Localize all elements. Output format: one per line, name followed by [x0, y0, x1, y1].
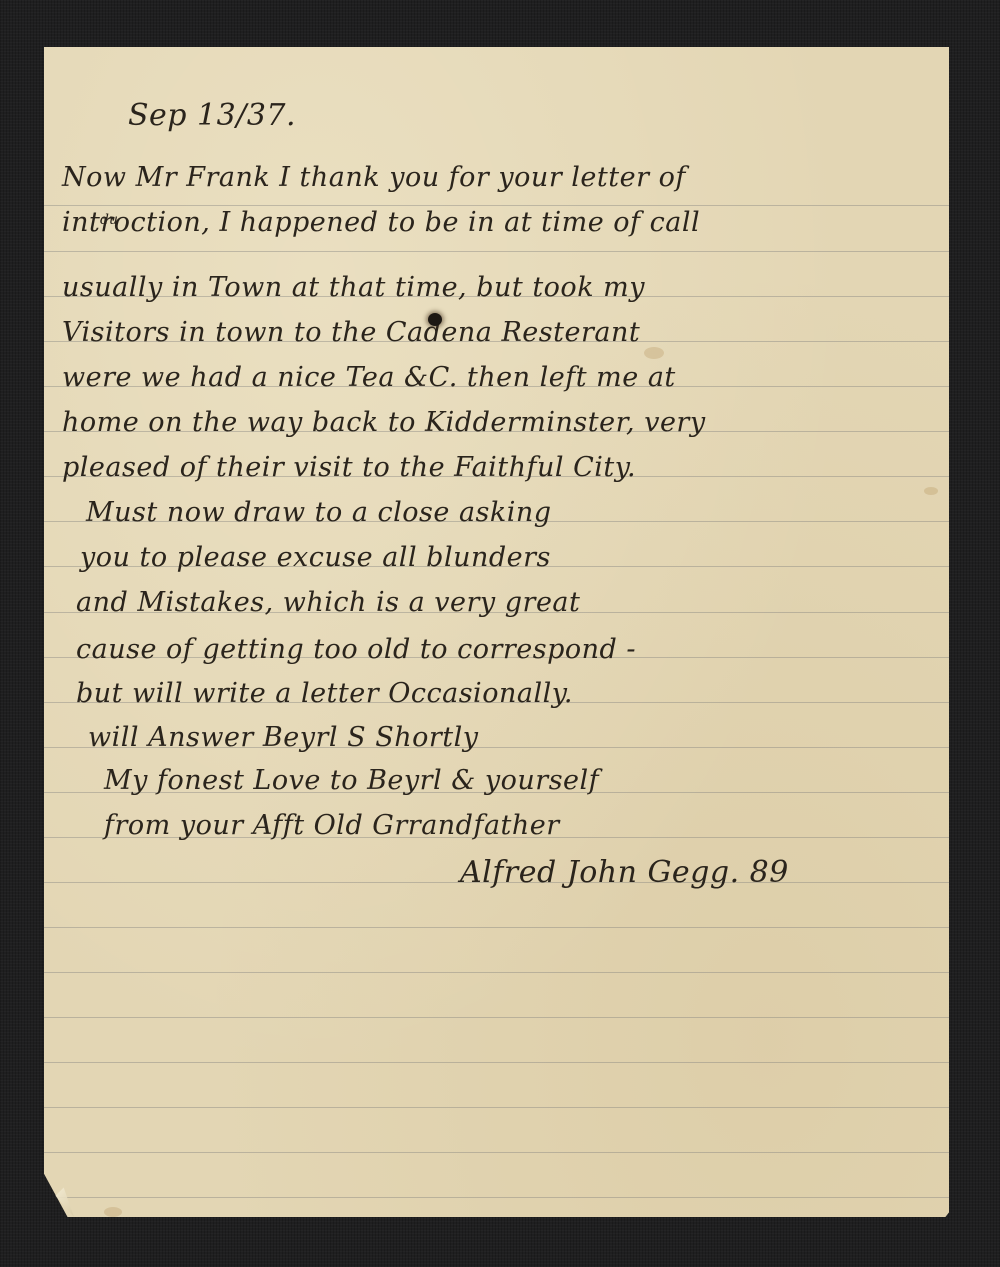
ruled-line: [44, 972, 949, 973]
ruled-line: [44, 1062, 949, 1063]
body-line: but will write a letter Occasionally.: [76, 678, 573, 709]
body-line: Now Mr Frank I thank you for your letter…: [62, 162, 686, 193]
body-line: home on the way back to Kidderminster, v…: [62, 407, 706, 438]
ruled-line: [44, 1152, 949, 1153]
letter-date: Sep 13/37.: [128, 98, 296, 133]
body-line: you to please excuse all blunders: [80, 542, 551, 573]
body-line: usually in Town at that time, but took m…: [62, 272, 645, 303]
ink-blot: [428, 313, 442, 326]
ruled-line: [44, 927, 949, 928]
body-line: introction, I happened to be in at time …: [62, 207, 700, 238]
body-line: Must now draw to a close asking: [86, 497, 552, 528]
ruled-line: [44, 1017, 949, 1018]
ruled-line: [44, 205, 949, 206]
body-line: were we had a nice Tea &C. then left me …: [62, 362, 676, 393]
body-line: pleased of their visit to the Faithful C…: [62, 452, 636, 483]
age-stain: [924, 487, 938, 495]
ruled-line: [44, 1107, 949, 1108]
body-line: cause of getting too old to correspond -: [76, 634, 636, 665]
age-stain: [104, 1207, 122, 1217]
body-line: and Mistakes, which is a very great: [76, 587, 580, 618]
closing-line: from your Afft Old Grrandfather: [104, 810, 560, 841]
body-line: Visitors in town to the Cadena Resterant: [62, 317, 640, 348]
closing-line: My fonest Love to Beyrl & yourself: [104, 765, 599, 796]
ruled-line: [44, 1197, 949, 1198]
age-stain: [644, 347, 664, 359]
ruled-line: [44, 251, 949, 252]
body-line: will Answer Beyrl S Shortly: [88, 722, 479, 753]
signature: Alfred John Gegg. 89: [460, 855, 789, 890]
